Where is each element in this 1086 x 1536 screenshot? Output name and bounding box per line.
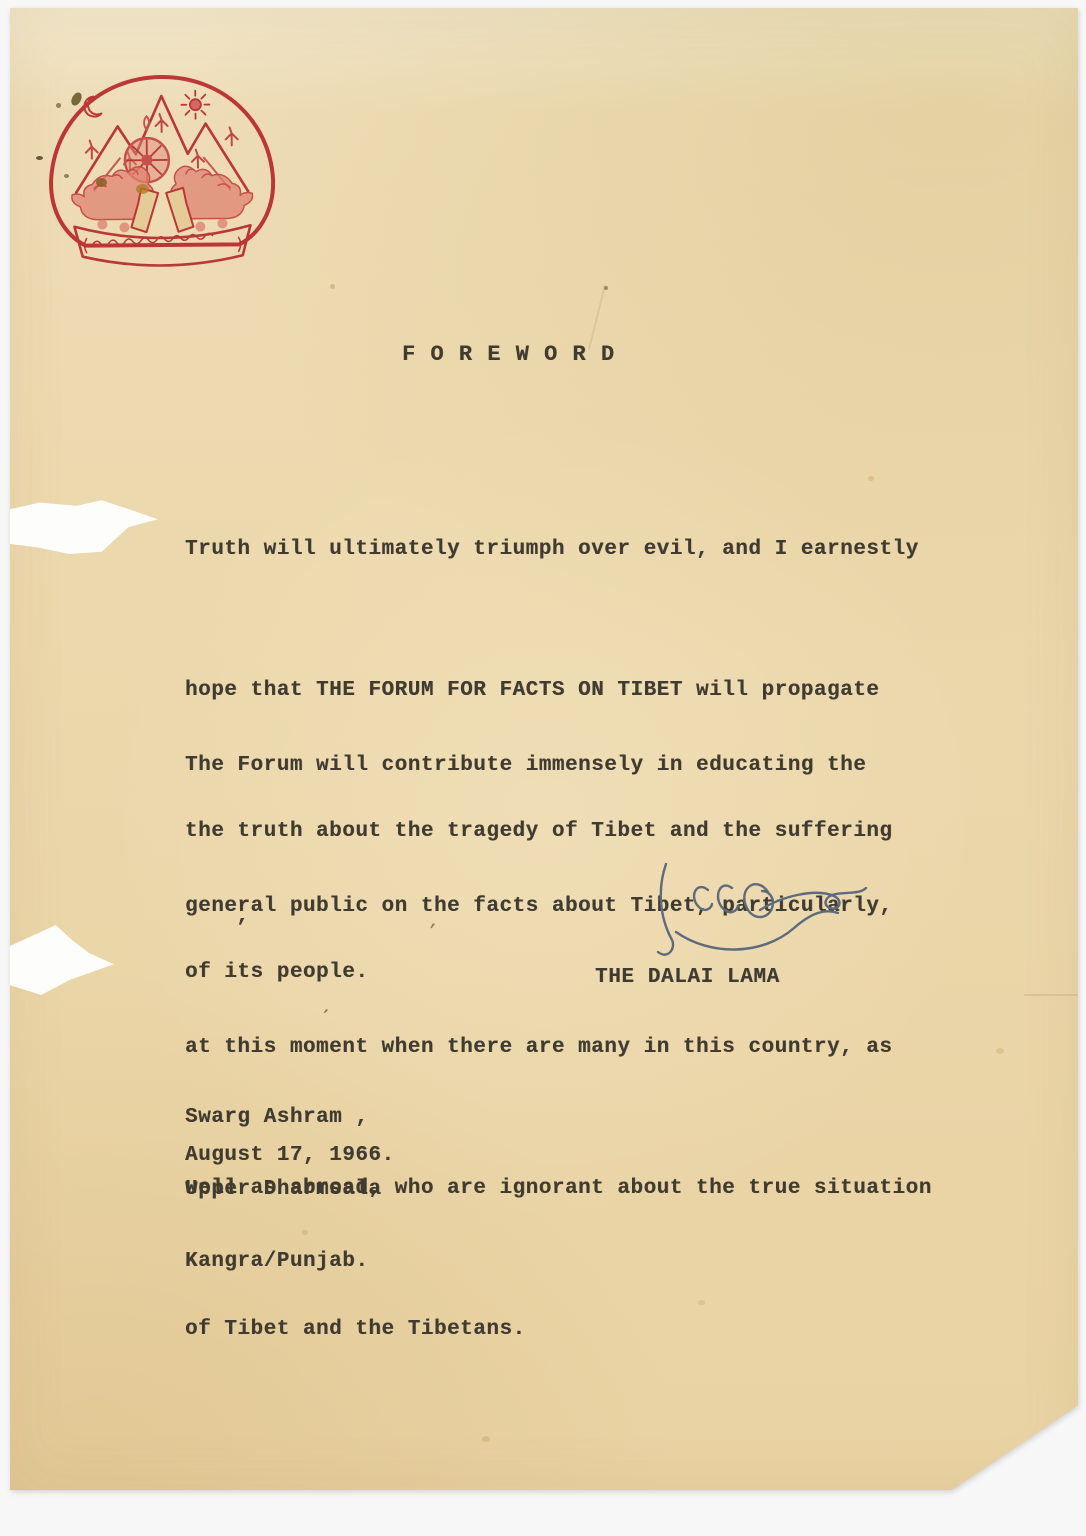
paragraph-2: The Forum will contribute immensely in e… [185,648,932,1447]
address-line: Kangra/Punjab. [185,1250,382,1274]
foreword-title: F O R E W O R D [402,342,615,367]
crease-line [1024,994,1078,996]
address-line: Upper Dharmsala [185,1178,382,1202]
pedestal-dots [97,218,227,232]
stray-mark: ’ [235,916,248,941]
paper-tear [10,498,158,554]
scanner-background: F O R E W O R D Truth will ultimately tr… [0,0,1086,1536]
age-spot [698,1300,705,1305]
dalai-lama-signature [610,856,870,968]
paper-tear [10,925,114,995]
age-spot [330,284,335,289]
letter-page: F O R E W O R D Truth will ultimately tr… [10,8,1078,1490]
date-line: August 17, 1966. [185,1144,395,1167]
age-spot [96,178,107,187]
age-spot [482,1436,490,1442]
paragraph-line: Truth will ultimately triumph over evil,… [185,526,919,573]
paragraph-line: The Forum will contribute immensely in e… [185,742,932,789]
address-block: Swarg Ashram , Upper Dharmsala Kangra/Pu… [185,1058,382,1322]
sun-icon [181,91,209,119]
ribbons-icon [131,188,193,233]
age-spot [868,476,874,481]
age-spot [36,156,43,160]
age-spot [302,1230,308,1235]
age-spot [64,174,69,178]
age-spot [136,184,149,194]
age-spot [56,103,61,108]
tibetan-seal-emblem-icon [45,71,279,277]
crease-line [588,285,606,350]
signatory-name: THE DALAI LAMA [595,966,780,989]
address-line: Swarg Ashram , [185,1106,382,1130]
age-spot [996,1048,1004,1054]
